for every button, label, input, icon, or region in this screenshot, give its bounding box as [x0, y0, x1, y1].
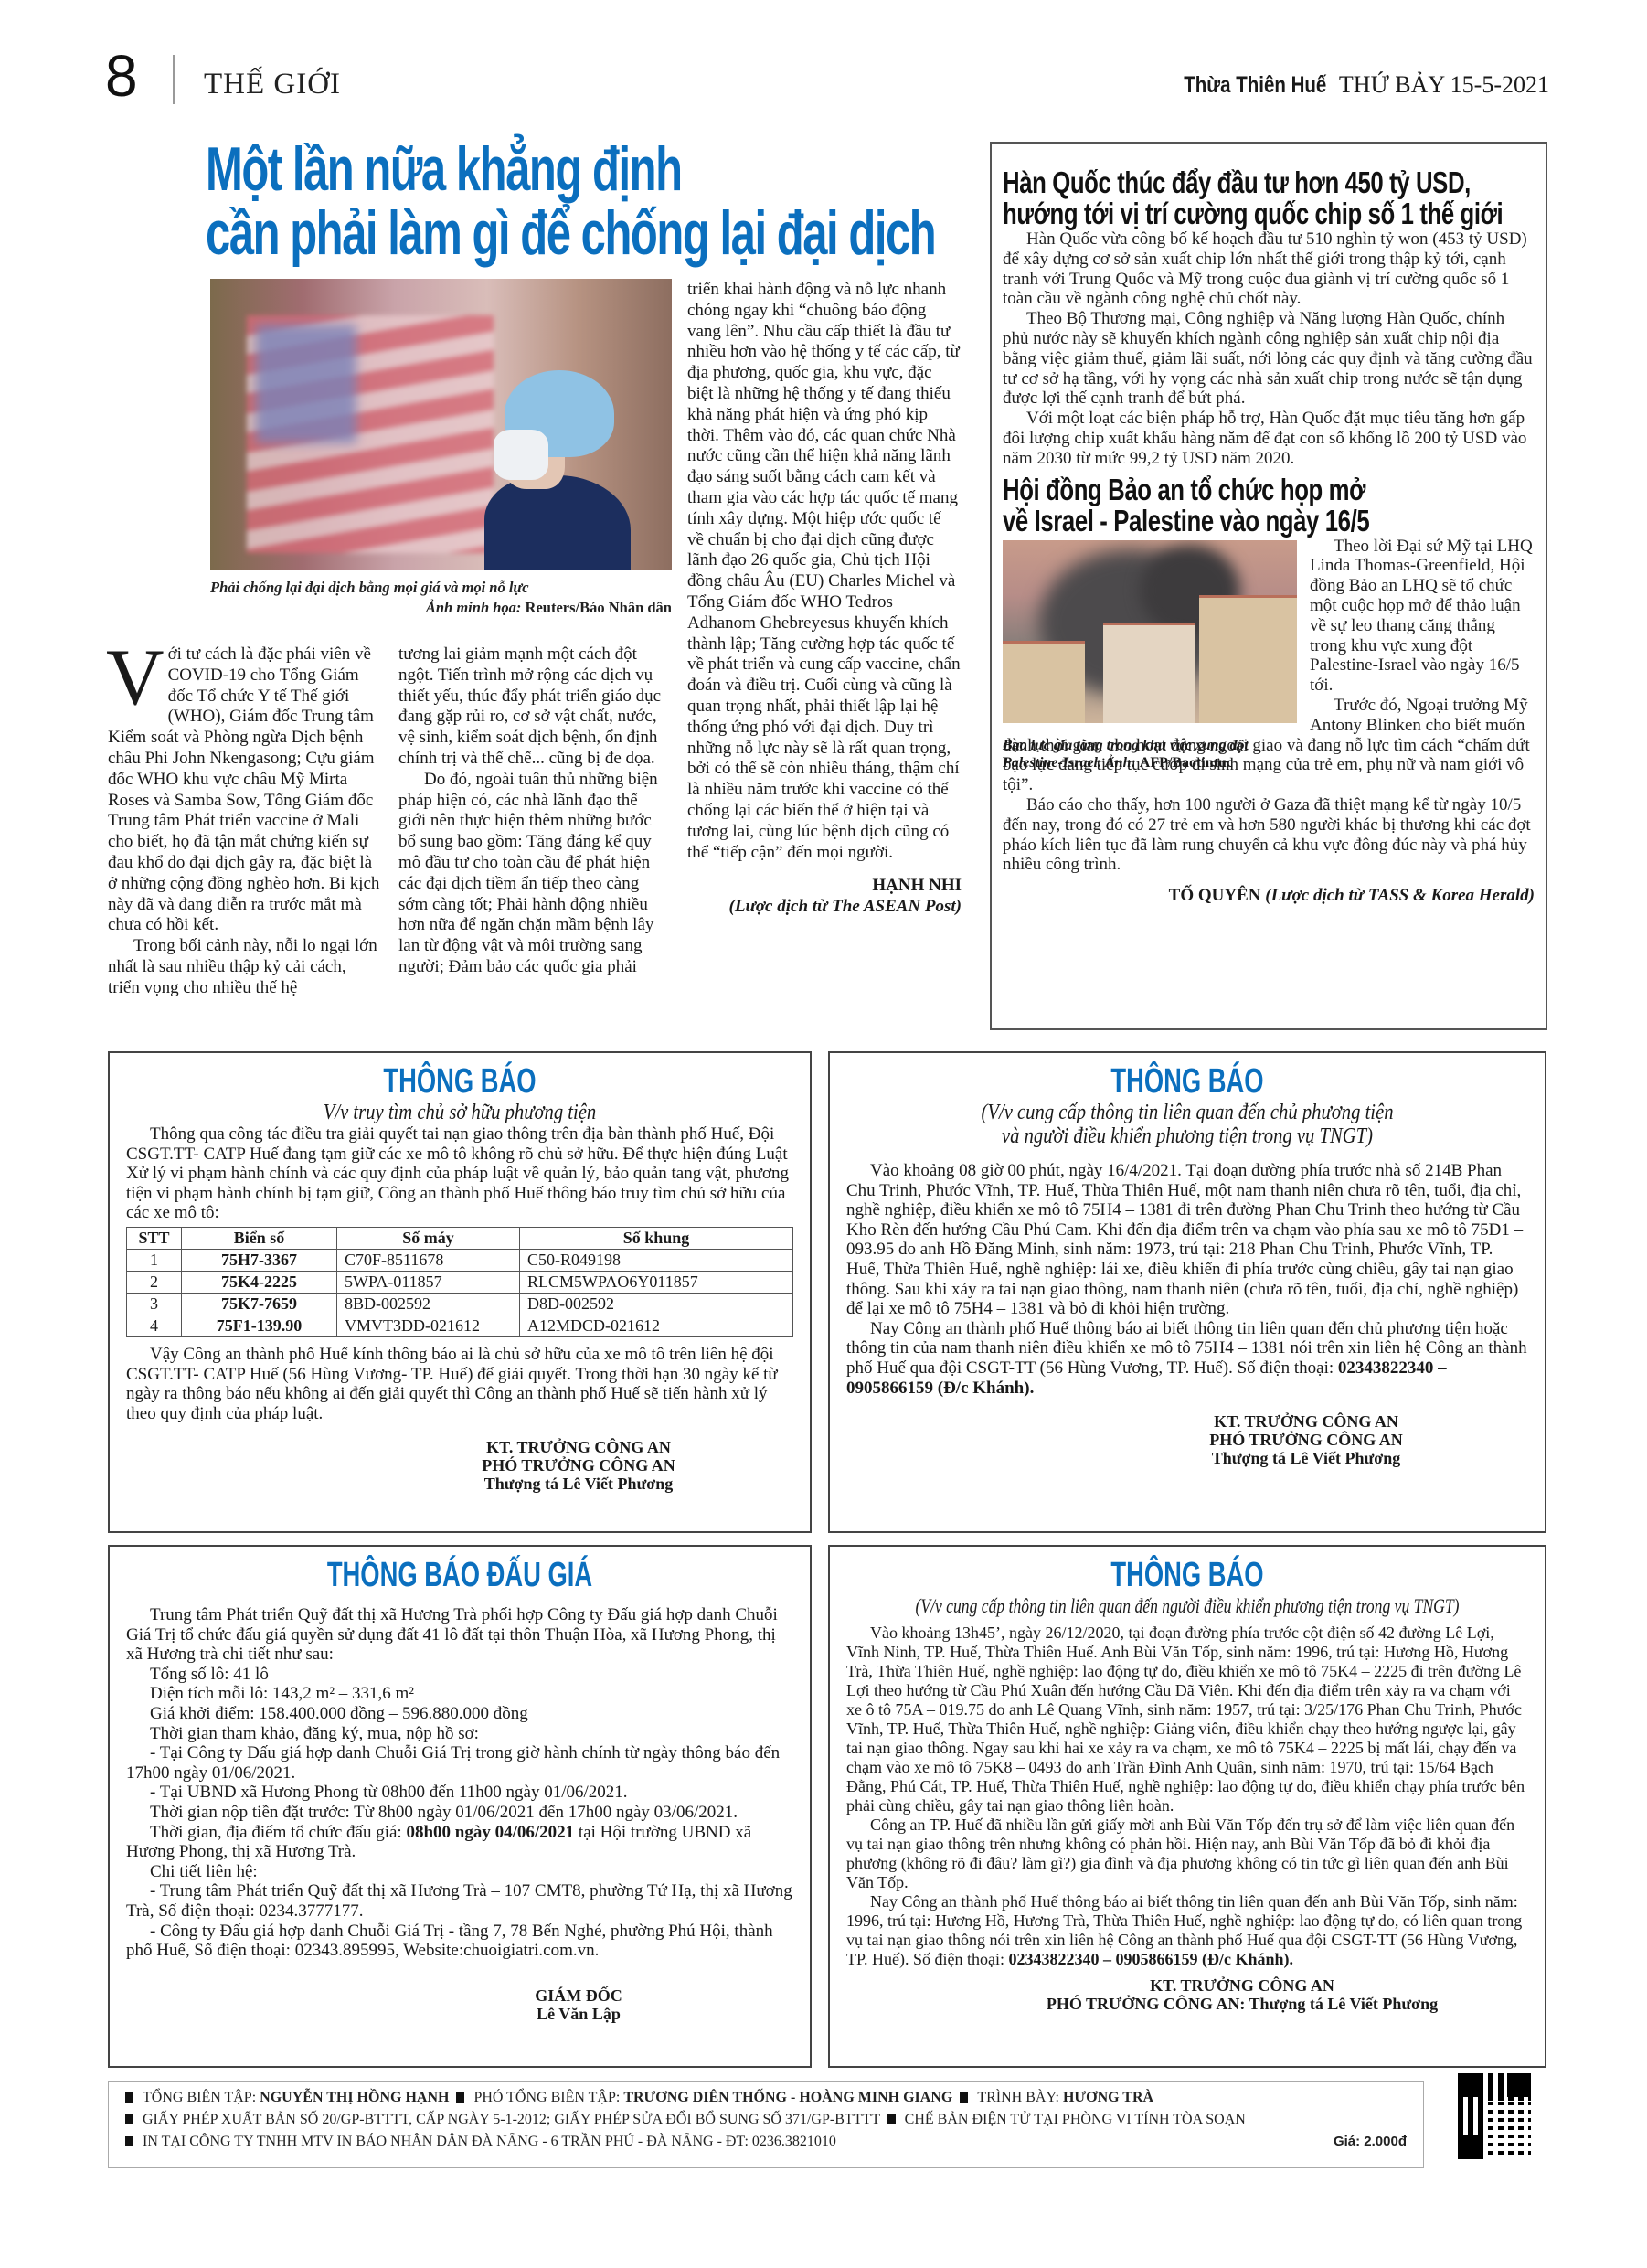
author: HẠNH NHI: [687, 876, 962, 897]
notice-subtitle: V/v truy tìm chủ sở hữu phương tiện: [173, 1101, 747, 1124]
page-number: 8: [105, 44, 138, 108]
notice-signature: KT. TRƯỞNG CÔNG AN PHÓ TRƯỞNG CÔNG AN Th…: [1084, 1412, 1528, 1467]
issue-date: THỨ BẢY 15-5-2021: [1339, 71, 1549, 98]
notice-vehicle-driver-info: THÔNG BÁO (V/v cung cấp thông tin liên q…: [828, 1051, 1546, 1533]
korea-chip-article: Hàn Quốc thúc đẩy đầu tư hơn 450 tỷ USD,…: [1003, 167, 1535, 469]
unsc-article-title-1: Hội đồng Bảo an tổ chức họp mở: [1003, 474, 1418, 506]
korea-article-title-1: Hàn Quốc thúc đẩy đầu tư hơn 450 tỷ USD,: [1003, 167, 1418, 198]
article-source: (Lược dịch từ The ASEAN Post): [687, 897, 962, 918]
notice-title: THÔNG BÁO: [941, 1556, 1432, 1594]
title-line-1: Một lần nữa khẳng định: [206, 137, 765, 201]
main-article-photo: [210, 279, 672, 570]
qr-code-icon: [1458, 2073, 1531, 2159]
price-label: Giá: 2.000đ: [1334, 2131, 1407, 2153]
bullet-square-icon: [125, 2114, 133, 2124]
gaza-photo: [1003, 540, 1297, 723]
unsc-byline: TỐ QUYÊN (Lược dịch từ TASS & Korea Hera…: [1003, 886, 1535, 906]
paper-name: Thừa Thiên Huế: [1184, 72, 1326, 99]
vehicle-table: STT Biển số Số máy Số khung 175H7-3367C7…: [126, 1227, 793, 1337]
notice-title: THÔNG BÁO: [219, 1062, 700, 1101]
bullet-square-icon: [125, 2092, 133, 2103]
notice-auction: THÔNG BÁO ĐẤU GIÁ Trung tâm Phát triển Q…: [108, 1545, 812, 2068]
notice-signature: KT. TRƯỞNG CÔNG AN PHÓ TRƯỞNG CÔNG AN: T…: [956, 1976, 1528, 2013]
main-article-column-3: triển khai hành động và nỗ lực nhanh chó…: [687, 280, 962, 918]
drop-cap: V: [106, 648, 165, 708]
section-name: THẾ GIỚI: [204, 68, 341, 101]
main-article-title: Một lần nữa khẳng định cần phải làm gì đ…: [206, 137, 765, 265]
table-row: 275K4-22255WPA-011857RLCM5WPAO6Y011857: [127, 1271, 793, 1293]
notice-driver-info-tngt: THÔNG BÁO (V/v cung cấp thông tin liên q…: [828, 1545, 1546, 2068]
security-council-article: Hội đồng Bảo an tổ chức họp mở về Israel…: [1003, 474, 1535, 907]
bullet-square-icon: [887, 2114, 896, 2124]
notice-title: THÔNG BÁO ĐẤU GIÁ: [219, 1556, 700, 1594]
page-header: 8 THẾ GIỚI Thừa Thiên Huế THỨ BẢY 15-5-2…: [105, 44, 1549, 117]
bullet-square-icon: [125, 2136, 133, 2146]
main-article-column-1: Với tư cách là đặc phái viên về COVID-19…: [108, 644, 382, 999]
table-row: 375K7-76598BD-002592D8D-002592: [127, 1293, 793, 1315]
masthead: Thừa Thiên Huế THỨ BẢY 15-5-2021: [1153, 71, 1549, 99]
notice-vehicle-owner-search: THÔNG BÁO V/v truy tìm chủ sở hữu phương…: [108, 1051, 812, 1533]
korea-article-title-2: hướng tới vị trí cường quốc chip số 1 th…: [1003, 198, 1418, 229]
contact-phone: 02343822340 – 0905866159 (Đ/c Khánh).: [1009, 1950, 1294, 1968]
bullet-square-icon: [456, 2092, 464, 2103]
gaza-photo-caption: Bạo lực gia tăng trong khu vực xung đột …: [1003, 737, 1304, 772]
notice-signature: GIÁM ĐỐC Lê Văn Lập: [364, 1986, 793, 2023]
title-line-2: cần phải làm gì để chống lại đại dịch: [206, 201, 765, 265]
table-row: 475F1-139.90VMVT3DD-021612A12MDCD-021612: [127, 1315, 793, 1336]
imprint-footer: TỔNG BIÊN TẬP: NGUYỄN THỊ HỒNG HẠNH PHÓ …: [108, 2081, 1424, 2168]
header-divider: [173, 55, 175, 104]
unsc-article-title-2: về Israel - Palestine vào ngày 16/5: [1003, 506, 1418, 537]
notice-signature: KT. TRƯỞNG CÔNG AN PHÓ TRƯỞNG CÔNG AN Th…: [364, 1438, 793, 1493]
main-article-column-2: tương lai giảm mạnh một cách đột ngột. T…: [398, 644, 664, 978]
main-photo-caption: Phải chống lại đại dịch bằng mọi giá và …: [210, 578, 672, 618]
bullet-square-icon: [960, 2092, 968, 2103]
table-row: 175H7-3367C70F-8511678C50-R049198: [127, 1249, 793, 1271]
notice-title: THÔNG BÁO: [941, 1062, 1432, 1101]
world-news-sidebar: Hàn Quốc thúc đẩy đầu tư hơn 450 tỷ USD,…: [990, 142, 1547, 1030]
